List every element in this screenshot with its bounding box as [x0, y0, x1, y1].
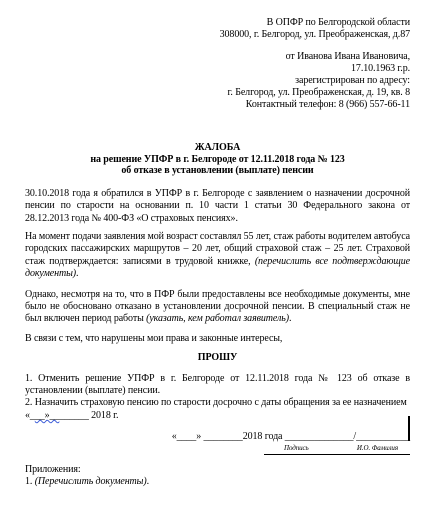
- attachments-block: Приложения: 1. (Перечислить документы).: [25, 464, 410, 489]
- attachments-item: 1. (Перечислить документы).: [25, 476, 410, 488]
- paragraph-refusal: Однако, несмотря на то, что в ПФР были п…: [25, 289, 410, 326]
- date-year-label: 2018 г.: [89, 410, 119, 421]
- applicant-phone-line: Контактный телефон: 8 (966) 557-66-11: [25, 99, 410, 111]
- document-title: ЖАЛОБА: [25, 142, 410, 154]
- request-item-2: 2. Назначить страховую пенсию по старост…: [25, 397, 410, 409]
- placeholder-attachments-list: (Перечислить документы): [35, 476, 147, 487]
- signature-sign-blank[interactable]: ______________: [285, 431, 354, 442]
- paragraph-text: .: [289, 313, 291, 324]
- date-blank[interactable]: ______: [59, 410, 88, 421]
- request-heading: ПРОШУ: [25, 352, 410, 364]
- applicant-name-line: от Иванова Ивана Ивановича,: [25, 51, 410, 63]
- applicant-address-line: г. Белгород, ул. Преображенская, д. 19, …: [25, 87, 410, 99]
- document-title-block: ЖАЛОБА на решение УПФР в г. Белгороде от…: [25, 142, 410, 177]
- paragraph-application: 30.10.2018 года я обратился в УПФР в г. …: [25, 188, 410, 225]
- recipient-block: В ОПФР по Белгородской области 308000, г…: [25, 17, 410, 41]
- recipient-line: 308000, г. Белгород, ул. Преображенская,…: [25, 29, 410, 41]
- paragraph-work-record: На момент подачи заявления мой возраст с…: [25, 231, 410, 281]
- attachments-item-number: 1.: [25, 476, 35, 487]
- document-subtitle-refusal: об отказе в установлении (выплате) пенси…: [25, 165, 410, 177]
- date-blank-spellcheck[interactable]: __»__: [35, 410, 60, 421]
- document-page[interactable]: В ОПФР по Белгородской области 308000, г…: [0, 0, 429, 510]
- placeholder-job-title: (указать, кем работал заявитель): [146, 313, 289, 324]
- signature-name-blank[interactable]: ___________: [356, 431, 410, 442]
- signature-caption-name: И.О. Фамилия: [357, 444, 398, 453]
- signature-captions: Подпись И.О. Фамилия: [264, 444, 410, 455]
- attachments-heading: Приложения:: [25, 464, 410, 476]
- signature-date-blank[interactable]: «____» ________: [172, 431, 243, 442]
- attachments-item-tail: .: [147, 476, 149, 487]
- text-cursor: [408, 416, 410, 441]
- applicant-registered-line: зарегистрирован по адресу:: [25, 75, 410, 87]
- signature-block: «____» ________2018 года ______________/…: [25, 431, 410, 454]
- recipient-line: В ОПФР по Белгородской области: [25, 17, 410, 29]
- request-date-blank-line: «___»________ 2018 г.: [25, 410, 410, 422]
- paragraph-text: .: [76, 268, 78, 279]
- applicant-birthdate-line: 17.10.1963 г.р.: [25, 63, 410, 75]
- request-item-1: 1. Отменить решение УПФР в г. Белгороде …: [25, 373, 410, 398]
- signature-year-label: 2018 года: [243, 431, 285, 442]
- document-subtitle-decision: на решение УПФР в г. Белгороде от 12.11.…: [25, 154, 410, 166]
- applicant-block: от Иванова Ивана Ивановича, 17.10.1963 г…: [25, 51, 410, 111]
- paragraph-rights-violated: В связи с тем, что нарушены мои права и …: [25, 333, 410, 345]
- signature-line: «____» ________2018 года ______________/…: [25, 431, 410, 443]
- signature-caption-sign: Подпись: [284, 444, 309, 453]
